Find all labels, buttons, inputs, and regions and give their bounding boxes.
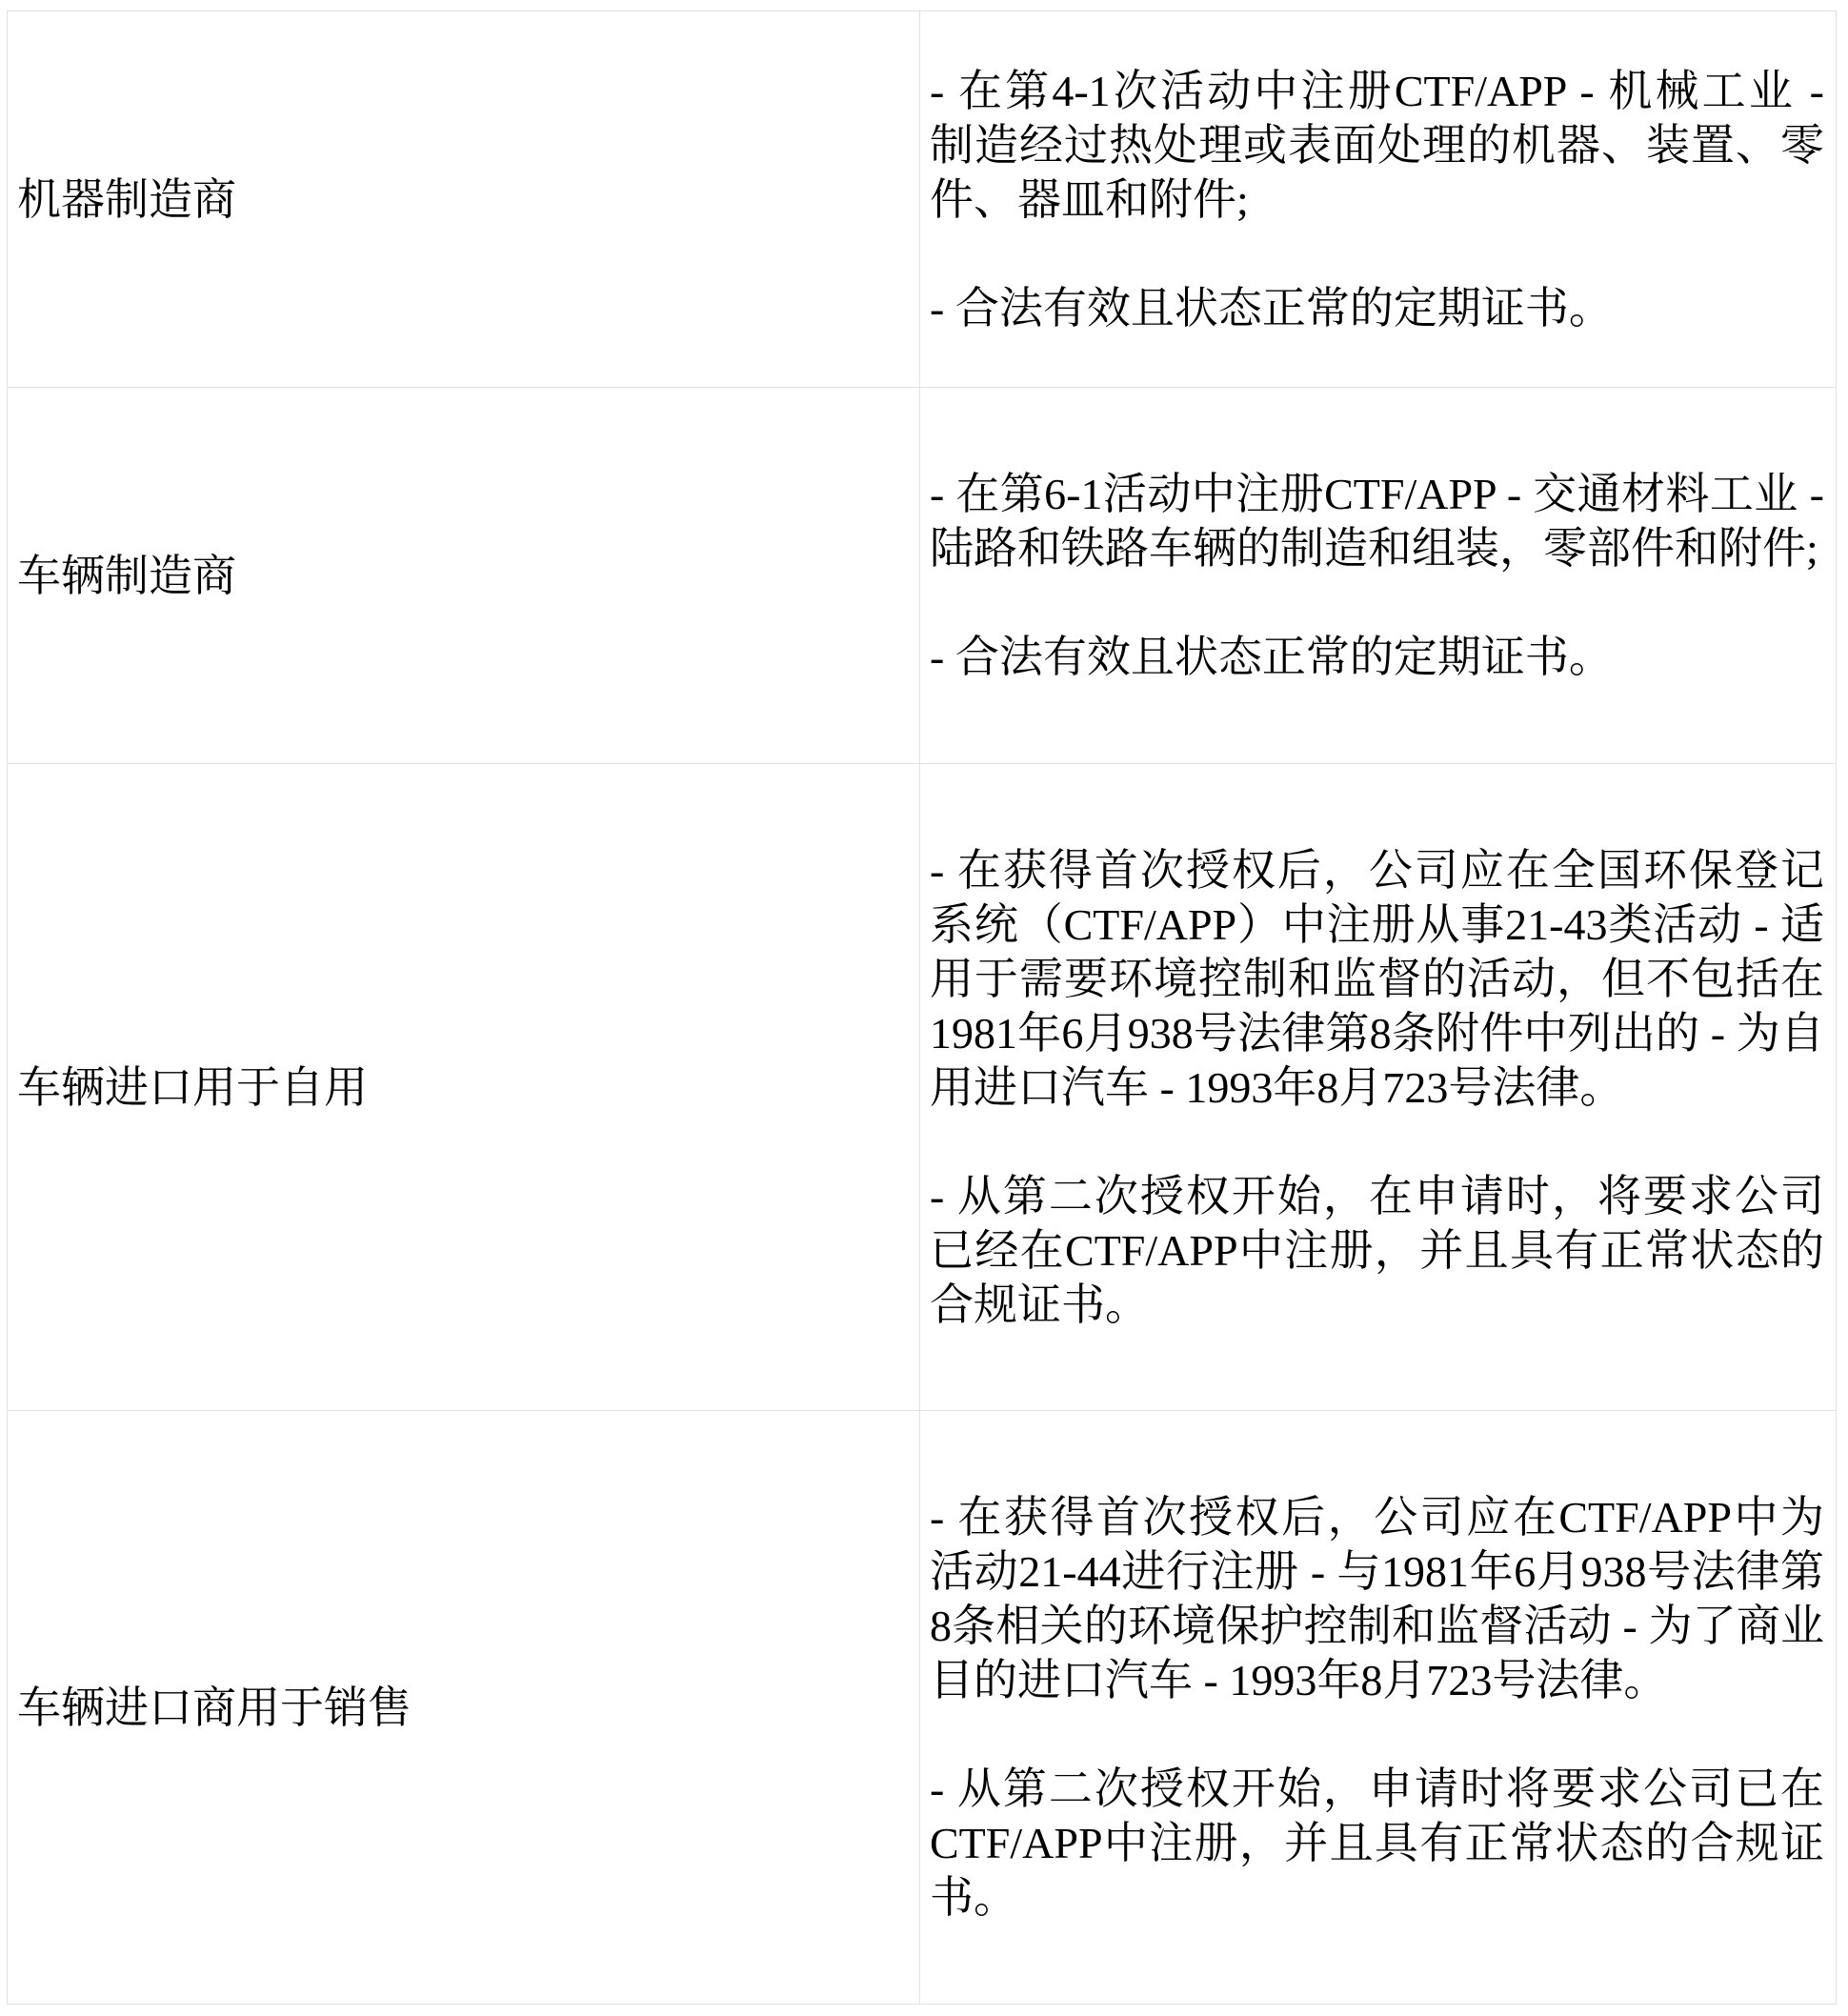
row-label-vehicle-manufacturer: 车辆制造商 [8,388,920,764]
row-requirements-cell: - 在获得首次授权后，公司应在CTF/APP中为活动21-44进行注册 - 与1… [920,1411,1837,2005]
table-row: 车辆进口商用于销售 - 在获得首次授权后，公司应在CTF/APP中为活动21-4… [8,1411,1837,2005]
row-requirements-cell: - 在获得首次授权后，公司应在全国环保登记系统（CTF/APP）中注册从事21-… [920,764,1837,1411]
table-row: 车辆进口用于自用 - 在获得首次授权后，公司应在全国环保登记系统（CTF/APP… [8,764,1837,1411]
row-requirements-cell: - 在第6-1活动中注册CTF/APP - 交通材料工业 - 陆路和铁路车辆的制… [920,388,1837,764]
row-label-machine-manufacturer: 机器制造商 [8,11,920,388]
requirement-paragraph: - 合法有效且状态正常的定期证书。 [930,630,1824,684]
requirement-paragraph: - 在第6-1活动中注册CTF/APP - 交通材料工业 - 陆路和铁路车辆的制… [930,467,1824,575]
requirement-paragraph: - 在第4-1次活动中注册CTF/APP - 机械工业 - 制造经过热处理或表面… [930,64,1824,227]
row-label-vehicle-importer-for-sale: 车辆进口商用于销售 [8,1411,920,2005]
row-requirements-cell: - 在第4-1次活动中注册CTF/APP - 机械工业 - 制造经过热处理或表面… [920,11,1837,388]
requirement-paragraph: - 合法有效且状态正常的定期证书。 [930,281,1824,335]
table-row: 机器制造商 - 在第4-1次活动中注册CTF/APP - 机械工业 - 制造经过… [8,11,1837,388]
row-label-vehicle-import-personal-use: 车辆进口用于自用 [8,764,920,1411]
requirement-paragraph: - 从第二次授权开始，申请时将要求公司已在CTF/APP中注册，并且具有正常状态… [930,1762,1824,1925]
table-row: 车辆制造商 - 在第6-1活动中注册CTF/APP - 交通材料工业 - 陆路和… [8,388,1837,764]
requirement-paragraph: - 在获得首次授权后，公司应在全国环保登记系统（CTF/APP）中注册从事21-… [930,843,1824,1115]
requirements-table: 机器制造商 - 在第4-1次活动中注册CTF/APP - 机械工业 - 制造经过… [7,10,1837,2005]
requirement-paragraph: - 在获得首次授权后，公司应在CTF/APP中为活动21-44进行注册 - 与1… [930,1490,1824,1707]
requirement-paragraph: - 从第二次授权开始，在申请时，将要求公司已经在CTF/APP中注册，并且具有正… [930,1169,1824,1332]
